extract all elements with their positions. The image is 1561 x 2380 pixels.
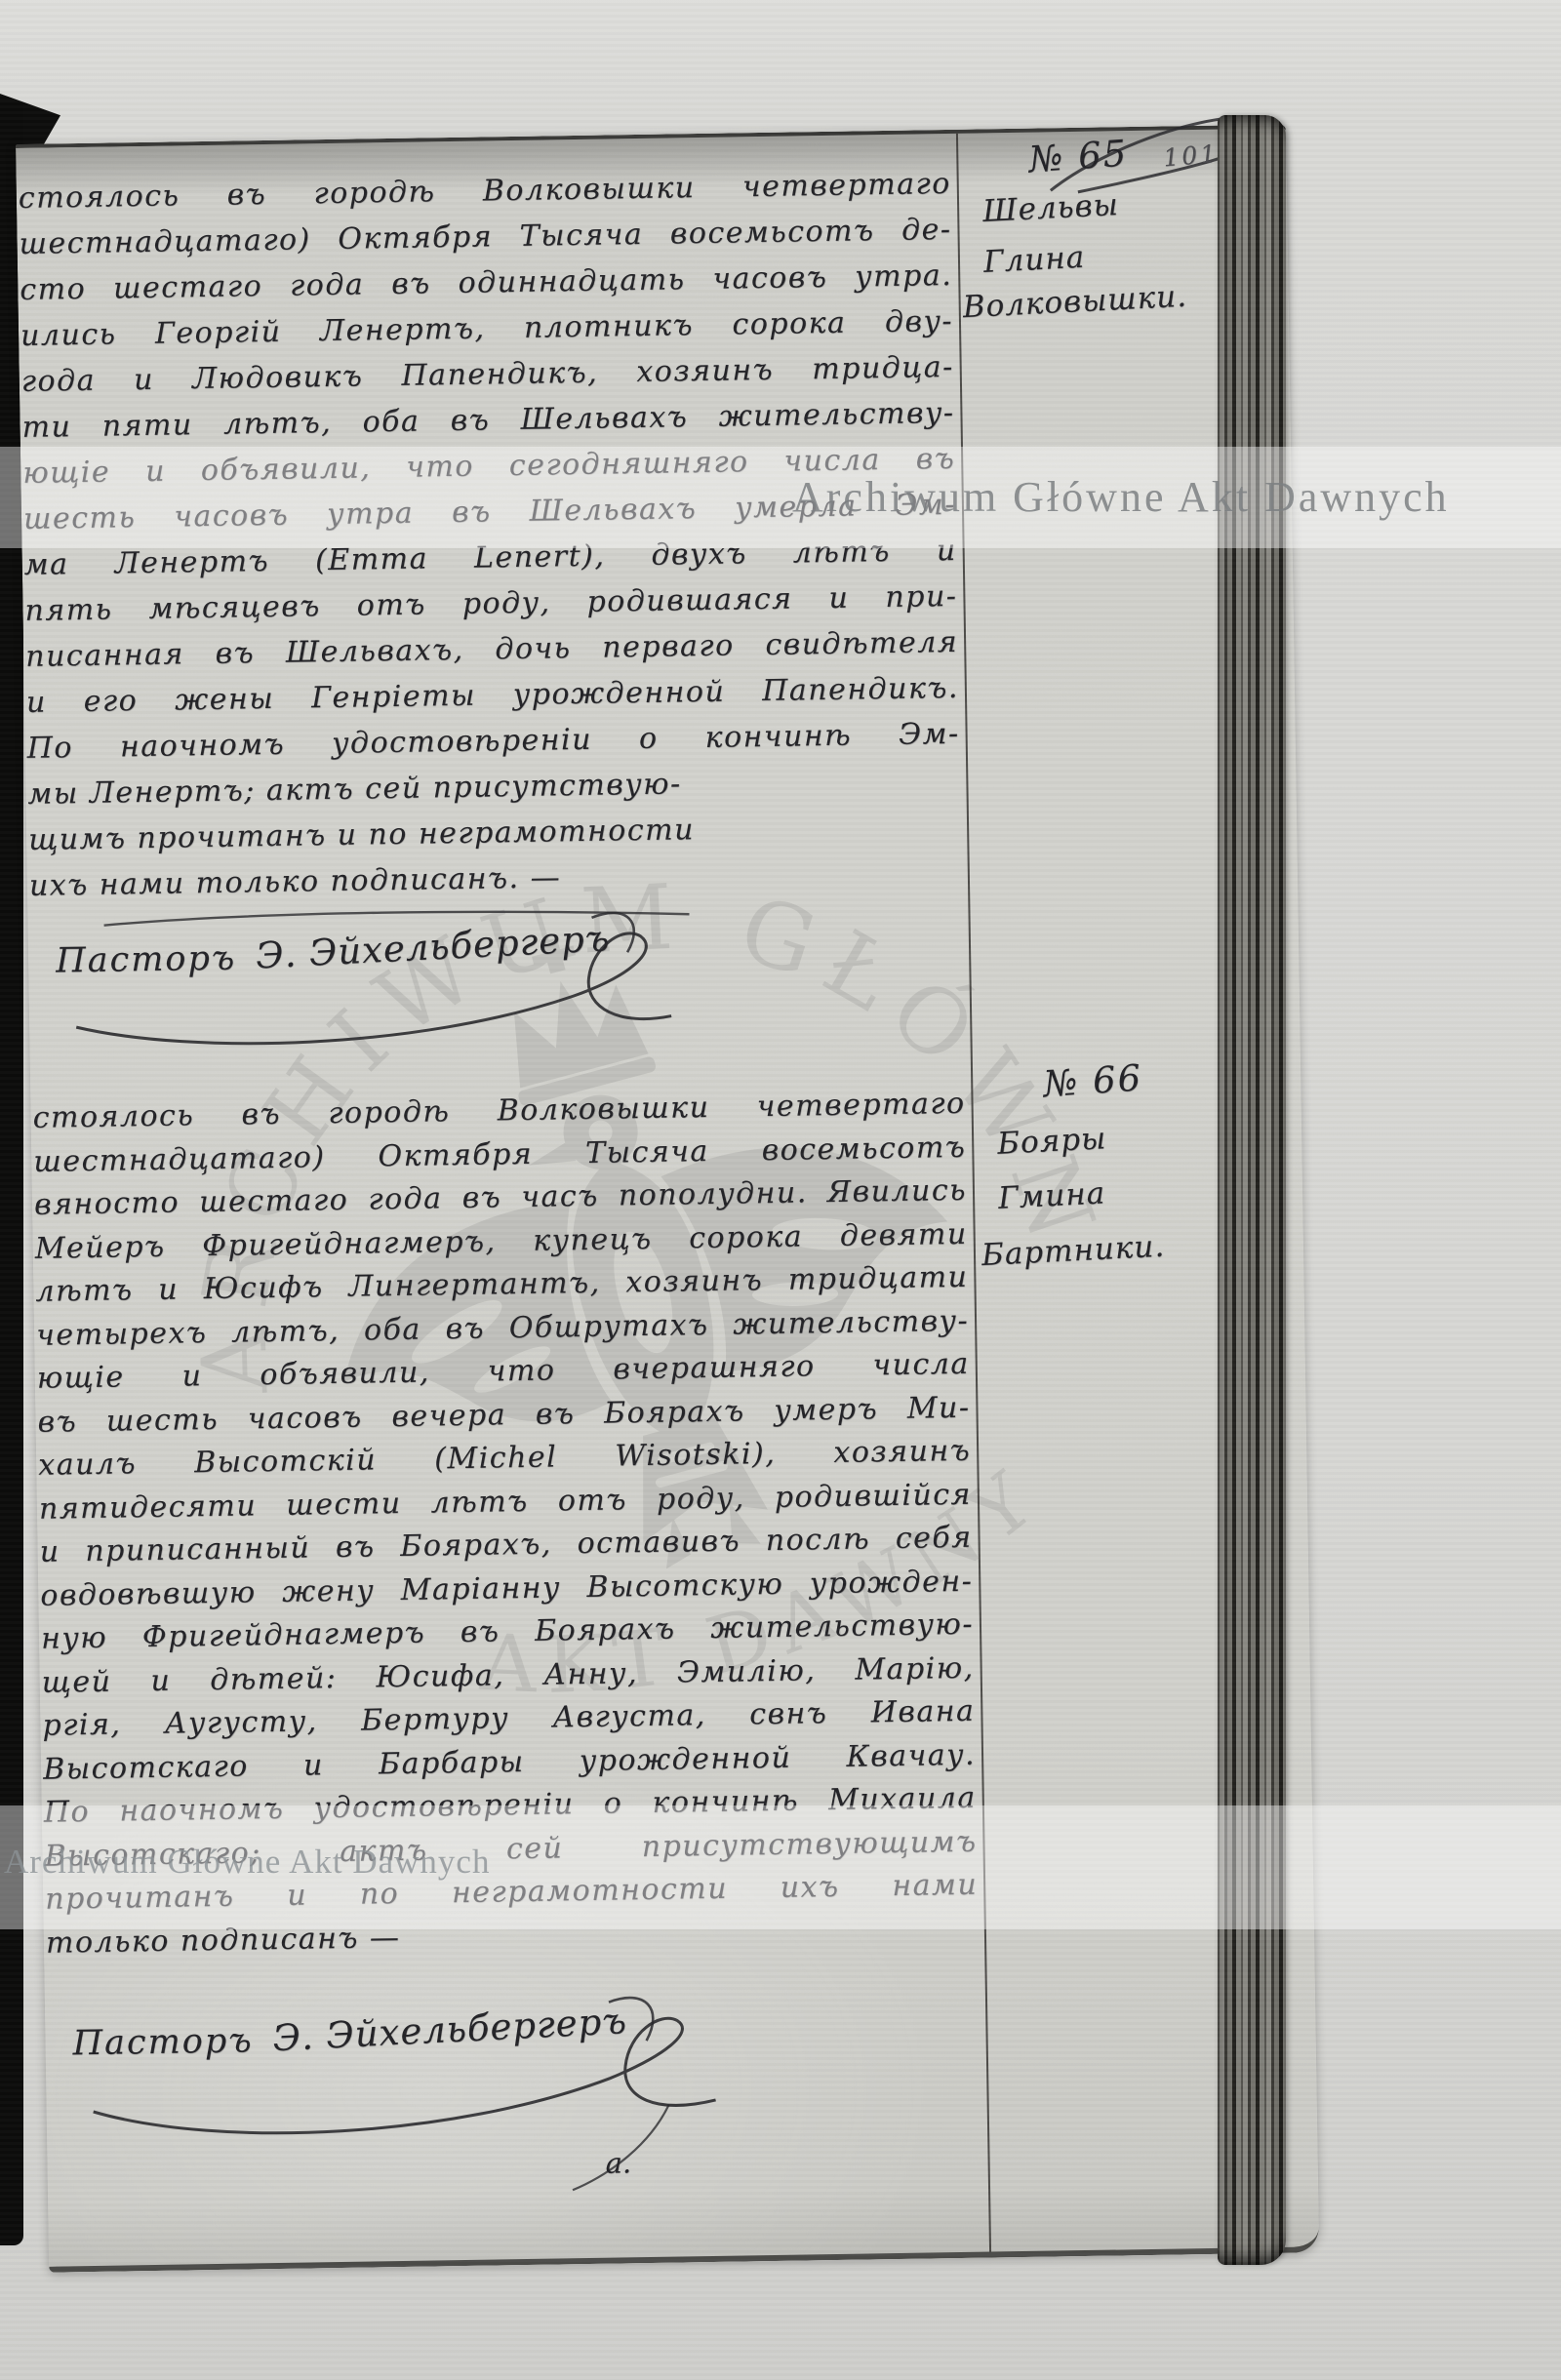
signature-after-mark: а. bbox=[605, 2146, 631, 2179]
signature-title: Пасторъ bbox=[72, 2021, 254, 2063]
entry-66-signature: Пасторъ Э. Эйхельбергеръ bbox=[72, 1997, 718, 2153]
signature-title: Пасторъ bbox=[56, 939, 237, 981]
page-number: 101 bbox=[1162, 139, 1220, 173]
entry-66-place-note: Бояры bbox=[996, 1114, 1251, 1162]
archive-watermark-text: Archiwum Główne Akt Dawnych bbox=[4, 1843, 490, 1882]
entry-66-parish-note: Бартники. bbox=[981, 1225, 1235, 1273]
entry-65-number: № 65 bbox=[1027, 132, 1130, 180]
entry-65-parish-note: Волковышки. bbox=[962, 277, 1217, 325]
archive-watermark-text: Archiwum Główne Akt Dawnych bbox=[792, 472, 1450, 522]
entry-65-gmina-note: Глина bbox=[982, 232, 1237, 280]
archive-watermark-band: Archiwum Główne Akt Dawnych bbox=[0, 1805, 1561, 1929]
archive-watermark-band: Archiwum Główne Akt Dawnych bbox=[0, 447, 1561, 548]
book-binding-edge bbox=[1218, 115, 1286, 2265]
entry-66-gmina-note: Гмина bbox=[997, 1169, 1252, 1216]
entry-66-number: № 66 bbox=[1042, 1056, 1144, 1105]
entry-65-place-note: Шельвы bbox=[981, 181, 1236, 229]
entry-65-signature: Пасторъ Э. Эйхельбергеръ bbox=[56, 914, 701, 1070]
scanned-document: ARCHIWUM GŁÓWNE AKT DAWNYCH bbox=[0, 0, 1561, 2380]
